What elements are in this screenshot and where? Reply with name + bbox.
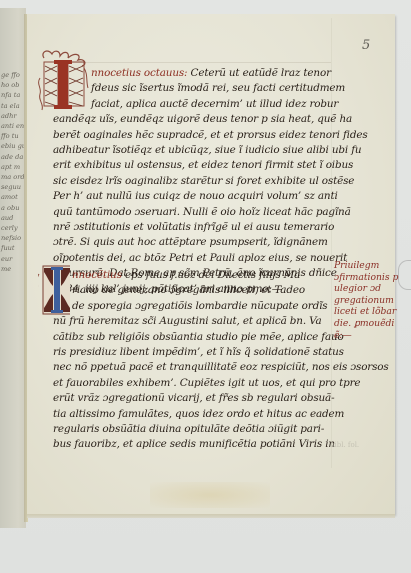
facing-page-line: cerly	[1, 223, 25, 233]
manuscript-line: et fauorabiles exhibem’. Cupiẽtes igit u…	[53, 377, 360, 389]
manuscript-line: berẽt oaginales hẽc supradcẽ, et et pror…	[53, 129, 368, 141]
clasp-shadow	[398, 260, 411, 290]
marginal-note-line: die. ꝑmouẽdi	[334, 318, 398, 330]
line-text: regularis obsũãtia diuina opitulãte deõt…	[53, 423, 324, 435]
manuscript-line: regularis obsũãtia diuina opitulãte deõt…	[53, 423, 324, 435]
manuscript-line: sic eisdez lrĩs oaginalibz starẽtur si f…	[53, 175, 354, 187]
line-text: fdeus sic ĩsertus ĩmodã rei, seu facti c…	[91, 82, 345, 94]
line-text: nrẽ ɔstitutionis et volũtatis infrĩgẽ ul…	[53, 221, 334, 233]
line-text: erũt vrãz ɔgregationũ vicarij, et fr̃es …	[53, 392, 334, 404]
facing-page-line: ta ela	[1, 101, 25, 111]
line-text: tia altissimo famulãtes, quos idez ordo …	[53, 408, 344, 420]
facing-page-line: fuut	[1, 243, 25, 253]
line-text: de sporegia ɔgregatiõis lombardie nũcupa…	[72, 300, 327, 312]
marginal-note-line: ɔfirmationis p	[334, 272, 398, 284]
facing-page-line: ge ffo	[1, 70, 25, 80]
ruling-line	[55, 62, 331, 63]
line-text: Per h’ aut nullũ ius cuiqz de nouo acqui…	[53, 190, 338, 202]
marginal-note-line: ulegior ɔd	[334, 283, 398, 295]
manuscript-line: faciat, aplica auctẽ decernim’ ut illud …	[91, 98, 338, 110]
facing-page-line: aud	[1, 213, 25, 223]
manuscript-line: adhibeatur ĩsotiẽqz et ubicũqz, siue ĩ i…	[53, 144, 361, 156]
manuscript-line: tia altissimo famulãtes, quos idez ordo …	[53, 408, 344, 420]
manuscript-scene: ge ffoho obnfa tata elaadhranti entffo t…	[0, 0, 411, 573]
facing-page-line: ebiu gu	[1, 141, 25, 151]
manuscript-line: ɔtrẽ. Si quis aut hoc attẽptare psumpser…	[53, 236, 328, 248]
leaf-bottom-edge	[27, 514, 395, 518]
marginal-note-line: Priuilegm	[334, 260, 398, 272]
manuscript-line: nnocẽtius eps fuus f.uoz dei Dilectis fi…	[72, 269, 300, 281]
facing-page-verso: ge ffoho obnfa tata elaadhranti entffo t…	[0, 8, 26, 528]
marginal-note-line: ẽ:—	[334, 330, 398, 342]
manuscript-line: quũ tantũmodo ɔseruari. Nulli ẽ oio hoĩz…	[53, 206, 351, 218]
manuscript-line: nrẽ ɔstitutionis et volũtatis infrĩgẽ ul…	[53, 221, 334, 233]
facing-page-line: me	[1, 264, 25, 274]
faint-bottom-note: bibl. fol.	[330, 441, 359, 449]
manuscript-line: eandẽqz uĩs, eundẽqz uigorẽ deus tenor p…	[53, 113, 352, 125]
line-text: adhibeatur ĩsotiẽqz et ubicũqz, siue ĩ i…	[53, 144, 361, 156]
manuscript-line: nec nõ ppetuã pacẽ et tranquillitatẽ eoz…	[53, 361, 389, 373]
facing-page-line: seguu	[1, 182, 25, 192]
line-text: ɔtrẽ. Si quis aut hoc attẽptare psumpser…	[53, 236, 328, 248]
line-text: ris presidiuz libent impẽdim’, et ĩ hĩs …	[53, 346, 344, 358]
line-text: eandẽqz uĩs, eundẽqz uigorẽ deus tenor p…	[53, 113, 352, 125]
facing-page-line: anti ent	[1, 121, 25, 131]
folio-number: 5	[362, 38, 370, 53]
line-text: nec nõ ppetuã pacẽ et tranquillitatẽ eoz…	[53, 361, 389, 373]
marginal-rubric-note: Priuilegmɔfirmationis pulegior ɔdgregati…	[334, 260, 398, 341]
line-text: erit exhibitus ul ostensus, et eidez ten…	[53, 159, 353, 171]
facing-page-line: nefsio	[1, 233, 25, 243]
line-text: quũ tantũmodo ɔseruari. Nulli ẽ oio hoĩz…	[53, 206, 351, 218]
line-text: berẽt oaginales hẽc supradcẽ, et et pror…	[53, 129, 368, 141]
manuscript-line: cãtibz sub religiõis obsũantia studio pi…	[53, 331, 344, 343]
marginal-note-line: gregationum	[334, 295, 398, 307]
manuscript-line: riano de genezano ɔgregãnis illiceti, et…	[72, 284, 305, 296]
facing-page-line: amot	[1, 192, 25, 202]
facing-page-line: apt m	[1, 162, 25, 172]
line-text: Ceterũ ut eatũdẽ lraz tenor	[187, 67, 330, 79]
decorated-initial-blue-icon	[38, 264, 70, 316]
facing-page-line: a obu	[1, 203, 25, 213]
line-text: riano de genezano ɔgregãnis illiceti, et…	[72, 284, 305, 296]
facing-page-text: ge ffoho obnfa tata elaadhranti entffo t…	[1, 70, 25, 274]
manuscript-line: Per h’ aut nullũ ius cuiqz de nouo acqui…	[53, 190, 338, 202]
manuscript-line: bus fauoribz, et aplice sedis munificẽti…	[53, 438, 335, 450]
rubric-text: nnocẽtius	[72, 269, 122, 281]
facing-page-line: nfa ta	[1, 90, 25, 100]
historiated-initial-red-icon	[38, 48, 90, 112]
manuscript-line: ris presidiuz libent impẽdim’, et ĩ hĩs …	[53, 346, 344, 358]
manuscript-line: erũt vrãz ɔgregationũ vicarij, et fr̃es …	[53, 392, 334, 404]
facing-page-line: ffo tu	[1, 131, 25, 141]
parchment-stain	[150, 482, 270, 508]
line-text: faciat, aplica auctẽ decernim’ ut illud …	[91, 98, 338, 110]
facing-page-line: eur	[1, 254, 25, 264]
manuscript-line: de sporegia ɔgregatiõis lombardie nũcupa…	[72, 300, 327, 312]
line-text: sic eisdez lrĩs oaginalibz starẽtur si f…	[53, 175, 354, 187]
manuscript-line: fdeus sic ĩsertus ĩmodã rei, seu facti c…	[91, 82, 345, 94]
manuscript-line: nnocetius octauus: Ceterũ ut eatũdẽ lraz…	[91, 67, 331, 79]
facing-page-line: ade da	[1, 152, 25, 162]
line-text: et fauorabiles exhibem’. Cupiẽtes igit u…	[53, 377, 360, 389]
facing-page-line: ho ob	[1, 80, 25, 90]
manuscript-line: erit exhibitus ul ostensus, et eidez ten…	[53, 159, 353, 171]
line-text: oĩpotentis dei, ac btõz Petri et Pauli a…	[53, 252, 347, 264]
line-text: nũ frũ heremitaz sc̃i Augustini salut, e…	[53, 315, 322, 327]
facing-page-line: ma ord	[1, 172, 25, 182]
line-text: cãtibz sub religiõis obsũantia studio pi…	[53, 331, 344, 343]
manuscript-line: oĩpotentis dei, ac btõz Petri et Pauli a…	[53, 252, 347, 264]
line-text: eps fuus f.uoz dei Dilectis filijs Ma	[122, 269, 300, 281]
manuscript-line: nũ frũ heremitaz sc̃i Augustini salut, e…	[53, 315, 322, 327]
rubric-text: nnocetius octauus:	[91, 67, 187, 79]
line-text: bus fauoribz, et aplice sedis munificẽti…	[53, 438, 335, 450]
facing-page-line: adhr	[1, 111, 25, 121]
marginal-note-line: liceti et lõbar	[334, 306, 398, 318]
